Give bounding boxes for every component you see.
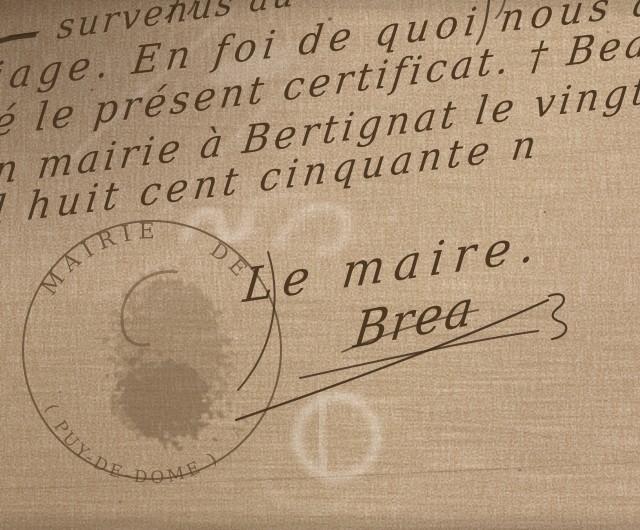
document-photo: MAIRIE DE ( PUY-DE-DOME ) AT — survenus … [0,0,640,530]
document-photo-canvas: MAIRIE DE ( PUY-DE-DOME ) AT — survenus … [0,0,640,530]
